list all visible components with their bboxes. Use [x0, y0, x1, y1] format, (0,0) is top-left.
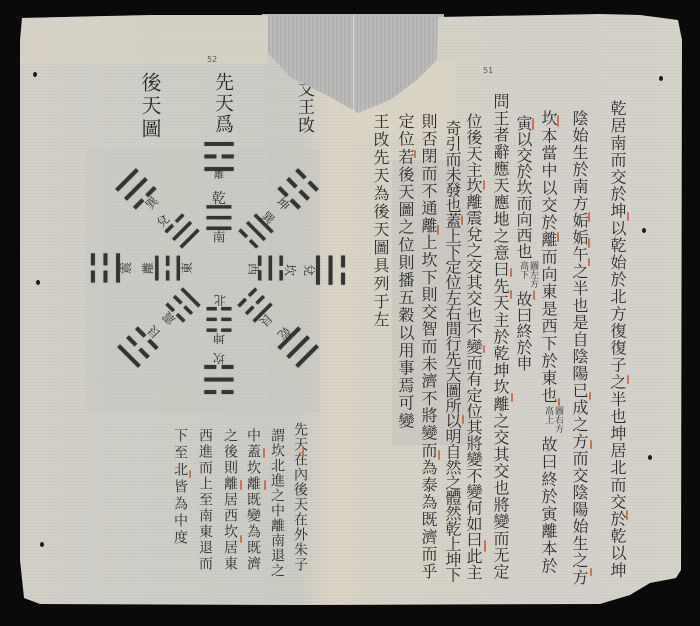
- text-column-5: 問王者辭應天應地之意曰先天主於乾坤坎離之交其交也將變而无定: [492, 93, 508, 580]
- red-punctuation-mark: [588, 238, 590, 248]
- heading-xiantian: 先天爲: [213, 72, 233, 135]
- heading-wenwang: 文王攺: [294, 80, 314, 134]
- red-punctuation-mark: [240, 535, 242, 543]
- text-column-4: 寅以交於坎而向西也圖左方高下故曰終於申: [515, 115, 538, 371]
- binding-hole: [33, 72, 37, 77]
- trigram-label-outer: 兌: [303, 264, 315, 276]
- red-punctuation-mark: [414, 150, 416, 158]
- red-punctuation-mark: [484, 540, 486, 552]
- binding-hole: [642, 228, 646, 233]
- red-punctuation-mark: [533, 290, 535, 300]
- interlinear-note: 圖左方高下: [518, 261, 538, 289]
- red-punctuation-mark: [302, 448, 304, 457]
- red-punctuation-mark: [557, 232, 559, 242]
- commentary-column: 先天在內後天在外朱子: [293, 422, 307, 572]
- trigram-label-outer: 離: [214, 171, 224, 181]
- binding-hole: [36, 280, 40, 285]
- direction-label-north: 北: [214, 294, 226, 306]
- commentary-column: 之後則離居西坎居東: [223, 428, 237, 572]
- text-column-1: 乾居南而交於坤以乾始於北方復復子之半也坤居北而交於乾以坤: [609, 100, 625, 579]
- page-number-left: 52: [207, 55, 217, 64]
- red-punctuation-mark: [532, 118, 534, 130]
- red-punctuation-mark: [462, 415, 464, 424]
- text-column-4-continued: 故曰終於申: [514, 291, 533, 371]
- paper-stain: [22, 16, 268, 64]
- red-punctuation-mark: [588, 212, 590, 222]
- direction-label-south: 南: [212, 232, 225, 245]
- red-punctuation-mark: [627, 375, 629, 384]
- red-punctuation-mark: [240, 480, 242, 490]
- text-column-3-main: 坎本當中以交於離而向東是西下於東也: [539, 110, 558, 404]
- text-column-10: 王攺先天為後天圖具列于左: [372, 113, 388, 329]
- red-punctuation-mark: [590, 440, 592, 449]
- trigram-label-inner: 乾: [212, 192, 226, 206]
- text-column-9: 定位若後天圖之位則播五穀以用事焉可變: [397, 113, 413, 430]
- commentary-column: 西進而上至南東退而: [198, 428, 212, 572]
- binding-hole: [648, 455, 652, 460]
- text-column-3-continued: 故曰終於寅離本於: [539, 436, 558, 574]
- red-punctuation-mark: [437, 225, 439, 235]
- red-punctuation-mark: [590, 568, 592, 576]
- trigram-label-inner: 離: [142, 262, 154, 274]
- red-punctuation-mark: [588, 258, 590, 266]
- trigram-label-outer: 震: [120, 262, 132, 274]
- text-column-8: 則否閉而不通離上坎下則交智而未濟不將變而為泰為既濟而乎: [420, 113, 436, 580]
- commentary-column: 中蓋坎離既變為既濟: [246, 428, 260, 572]
- red-punctuation-mark: [511, 393, 513, 402]
- trigram-label-outer: 坎: [213, 352, 225, 364]
- heading-houtian: 後天圖: [140, 72, 160, 141]
- center-fold-line: [353, 14, 354, 114]
- red-punctuation-mark: [264, 480, 266, 490]
- trigram-label-inner: 坤: [213, 332, 225, 344]
- text-column-7: 奇引而未發也蓋上下定位左右間行先天圖所以明自然之體然乾上坤下: [444, 120, 460, 582]
- red-punctuation-mark: [189, 470, 191, 478]
- trigram-label-inner: 坎: [284, 264, 296, 276]
- direction-label-east: 東: [181, 262, 193, 274]
- text-column-2: 陰始生於南方姤姤午之半也是自陰陽已成之方而交陰陽始生之方: [571, 110, 587, 586]
- direction-label-west: 西: [247, 263, 259, 275]
- red-punctuation-mark: [627, 212, 629, 221]
- binding-hole: [40, 542, 44, 547]
- binding-hole: [659, 76, 663, 81]
- red-punctuation-mark: [626, 510, 628, 520]
- page-number-right: 51: [483, 66, 493, 75]
- commentary-column: 謂坎北進之中離南退之: [270, 428, 284, 578]
- red-punctuation-mark: [510, 290, 512, 299]
- red-punctuation-mark: [461, 215, 463, 225]
- red-punctuation-mark: [589, 392, 591, 400]
- text-column-4-main: 寅以交於坎而向西也: [514, 115, 533, 259]
- red-punctuation-mark: [557, 115, 559, 127]
- red-punctuation-mark: [483, 180, 485, 190]
- red-punctuation-mark: [438, 450, 440, 460]
- commentary-column: 下至北皆為中度: [173, 428, 187, 547]
- red-punctuation-mark: [558, 398, 560, 406]
- red-punctuation-mark: [483, 345, 485, 353]
- red-punctuation-mark: [263, 448, 265, 458]
- interlinear-note: 圖右方高上: [543, 406, 563, 434]
- text-column-3: 坎本當中以交於離而向東是西下於東也圖右方高上故曰終於寅離本於: [540, 110, 563, 575]
- text-column-6: 位後天主坎離震兌之交其交也不變而有定位其將變不變何如曰此主: [465, 113, 481, 580]
- red-punctuation-mark: [510, 268, 512, 277]
